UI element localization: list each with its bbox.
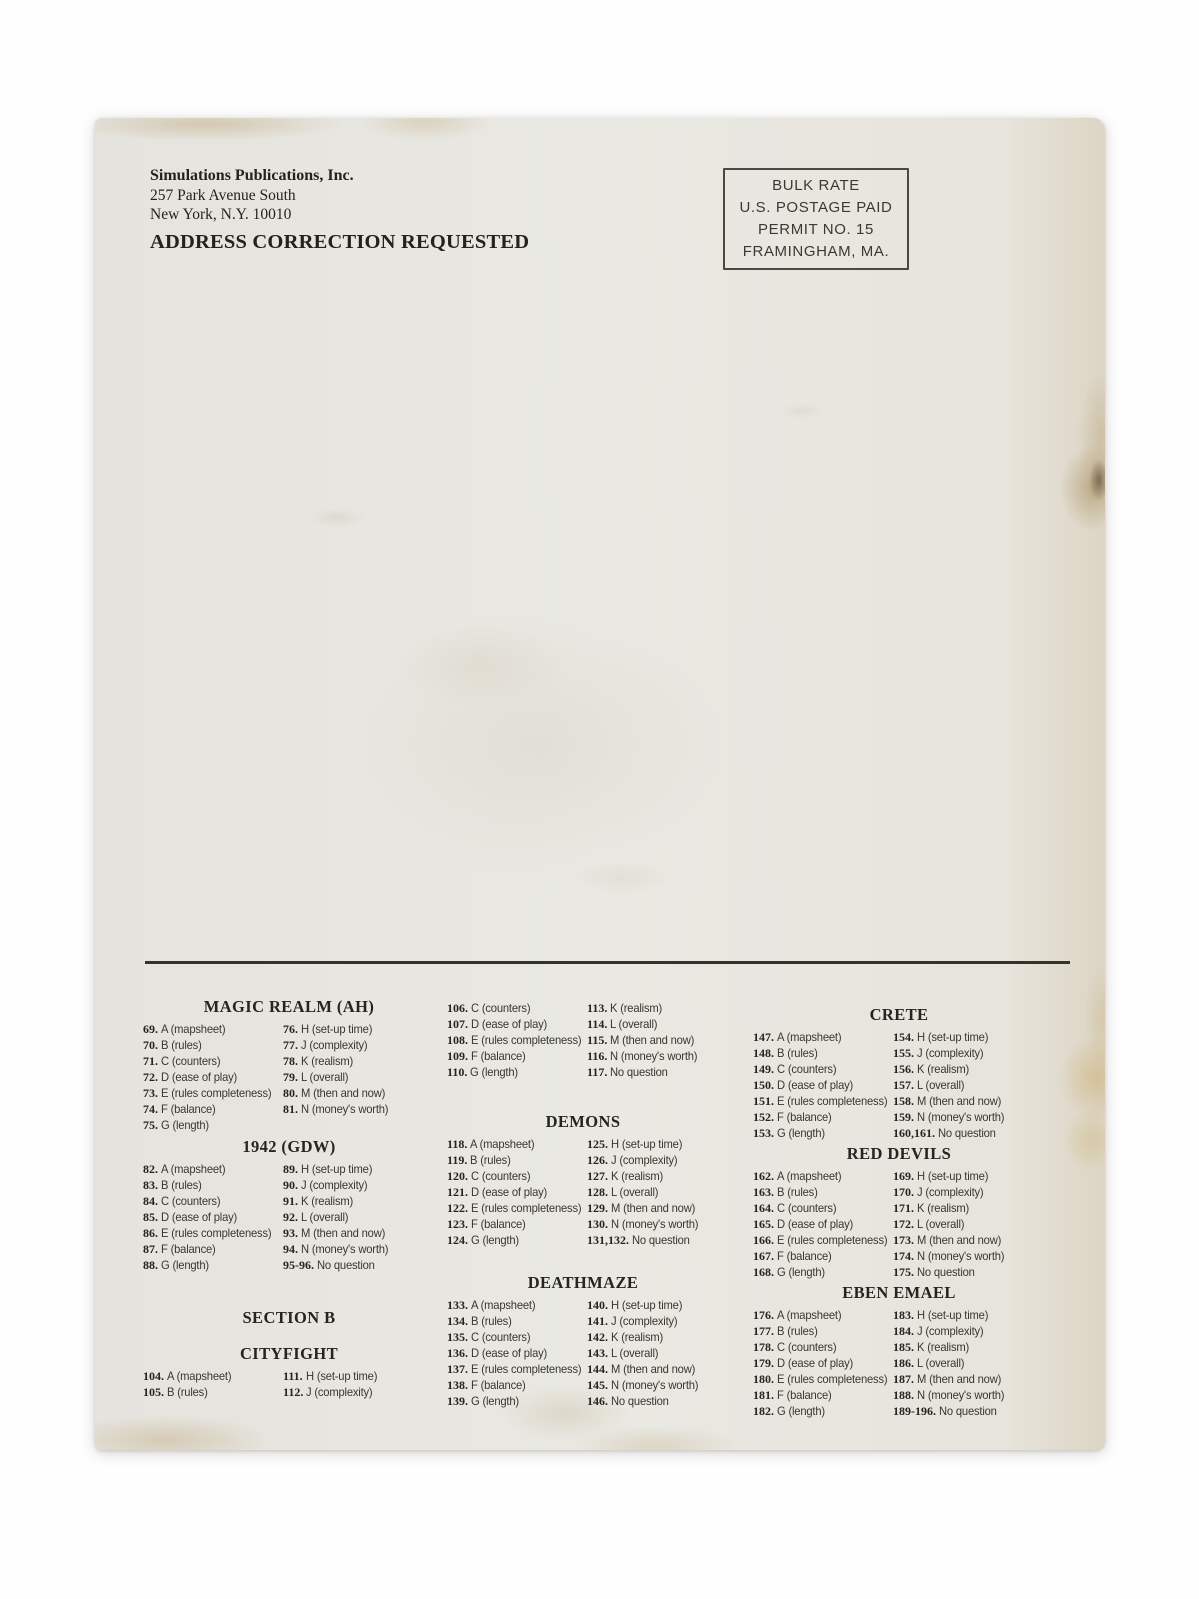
item-label: M (then and now) [301,1086,385,1101]
section-item-grid: 82.A (mapsheet)83.B (rules)84.C (counter… [143,1161,435,1273]
survey-item: 69.A (mapsheet) [143,1021,283,1037]
item-number: 130. [587,1217,608,1231]
survey-item: 139.G (length) [447,1393,587,1409]
survey-item: 175.No question [893,1264,1045,1280]
item-subcolumn-right: 169.H (set-up time)170.J (complexity)171… [893,1168,1045,1280]
item-number: 72. [143,1070,158,1084]
item-number: 134. [447,1314,468,1328]
item-label: L (overall) [610,1017,657,1032]
item-label: K (realism) [610,1001,662,1016]
survey-item: 158.M (then and now) [893,1093,1045,1109]
item-number: 109. [447,1049,468,1063]
item-number: 154. [893,1030,914,1044]
item-number: 187. [893,1372,914,1386]
item-subcolumn-left: 147.A (mapsheet)148.B (rules)149.C (coun… [753,1029,893,1141]
item-number: 81. [283,1102,298,1116]
item-label: M (then and now) [611,1362,695,1377]
item-label: K (realism) [611,1169,663,1184]
survey-item: 179.D (ease of play) [753,1355,893,1371]
item-number: 123. [447,1217,468,1231]
survey-item: 110.G (length) [447,1064,587,1080]
survey-item: 107.D (ease of play) [447,1016,587,1032]
item-label: No question [632,1233,690,1248]
item-number: 111. [283,1369,303,1383]
item-number: 84. [143,1194,158,1208]
item-label: E (rules completeness) [471,1033,581,1048]
item-subcolumn-left: 133.A (mapsheet)134.B (rules)135.C (coun… [447,1297,587,1409]
item-label: G (length) [777,1265,825,1280]
survey-item: 148.B (rules) [753,1045,893,1061]
survey-item: 183.H (set-up time) [893,1307,1045,1323]
survey-item: 157.L (overall) [893,1077,1045,1093]
survey-column-middle: 106.C (counters)107.D (ease of play)108.… [447,1000,719,1409]
survey-item: 167.F (balance) [753,1248,893,1264]
survey-section: DEMONS118.A (mapsheet)119.B (rules)120.C… [447,1112,719,1248]
item-label: M (then and now) [917,1233,1001,1248]
item-label: No question [917,1265,975,1280]
section-title: SECTION B [143,1308,435,1328]
section-item-grid: 69.A (mapsheet)70.B (rules)71.C (counter… [143,1021,435,1133]
item-label: G (length) [161,1118,209,1133]
item-number: 83. [143,1178,158,1192]
item-number: 117. [587,1065,607,1079]
item-number: 133. [447,1298,468,1312]
item-number: 162. [753,1169,774,1183]
item-number: 155. [893,1046,914,1060]
item-number: 184. [893,1324,914,1338]
survey-item: 111.H (set-up time) [283,1368,435,1384]
item-number: 78. [283,1054,298,1068]
survey-item: 135.C (counters) [447,1329,587,1345]
item-number: 179. [753,1356,774,1370]
survey-item: 152.F (balance) [753,1109,893,1125]
survey-item: 146.No question [587,1393,719,1409]
item-label: B (rules) [777,1046,818,1061]
item-number: 167. [753,1249,774,1263]
item-label: G (length) [161,1258,209,1273]
survey-item: 156.K (realism) [893,1061,1045,1077]
item-label: C (counters) [471,1330,530,1345]
item-label: G (length) [470,1065,518,1080]
item-label: N (money's worth) [301,1102,388,1117]
item-label: C (counters) [777,1340,836,1355]
item-number: 88. [143,1258,158,1272]
item-number: 95-96. [283,1258,314,1272]
magazine-back-cover-page: Simulations Publications, Inc. 257 Park … [95,118,1105,1450]
survey-item: 177.B (rules) [753,1323,893,1339]
item-label: H (set-up time) [301,1022,372,1037]
sender-address-block: Simulations Publications, Inc. 257 Park … [150,166,529,254]
item-subcolumn-right: 183.H (set-up time)184.J (complexity)185… [893,1307,1045,1419]
item-number: 126. [587,1153,608,1167]
survey-item: 169.H (set-up time) [893,1168,1045,1184]
section-title: MAGIC REALM (AH) [143,997,435,1017]
survey-item: 72.D (ease of play) [143,1069,283,1085]
sender-street: 257 Park Avenue South [150,186,529,205]
item-label: N (money's worth) [301,1242,388,1257]
item-label: E (rules completeness) [777,1372,887,1387]
item-number: 137. [447,1362,468,1376]
item-number: 128. [587,1185,608,1199]
item-label: M (then and now) [917,1094,1001,1109]
survey-item: 95-96.No question [283,1257,435,1273]
item-number: 115. [587,1033,607,1047]
survey-item: 115.M (then and now) [587,1032,719,1048]
item-number: 136. [447,1346,468,1360]
survey-item: 85.D (ease of play) [143,1209,283,1225]
survey-item: 116.N (money's worth) [587,1048,719,1064]
section-divider-rule [145,961,1070,964]
survey-item: 76.H (set-up time) [283,1021,435,1037]
item-label: N (money's worth) [917,1388,1004,1403]
item-label: J (complexity) [611,1153,677,1168]
item-number: 163. [753,1185,774,1199]
survey-item: 172.L (overall) [893,1216,1045,1232]
item-label: D (ease of play) [161,1070,237,1085]
section-item-grid: 147.A (mapsheet)148.B (rules)149.C (coun… [753,1029,1045,1141]
item-label: J (complexity) [611,1314,677,1329]
item-number: 171. [893,1201,914,1215]
survey-section: 1942 (GDW)82.A (mapsheet)83.B (rules)84.… [143,1137,435,1273]
survey-item: 93.M (then and now) [283,1225,435,1241]
item-number: 188. [893,1388,914,1402]
survey-item: 120.C (counters) [447,1168,587,1184]
item-label: N (money's worth) [611,1378,698,1393]
postage-line: PERMIT NO. 15 [758,219,874,241]
item-subcolumn-right: 140.H (set-up time)141.J (complexity)142… [587,1297,719,1409]
survey-item: 189-196.No question [893,1403,1045,1419]
item-number: 143. [587,1346,608,1360]
item-label: A (mapsheet) [777,1308,841,1323]
item-label: H (set-up time) [306,1369,377,1384]
survey-item: 147.A (mapsheet) [753,1029,893,1045]
item-label: H (set-up time) [917,1030,988,1045]
survey-column-right: CRETE147.A (mapsheet)148.B (rules)149.C … [753,1005,1045,1419]
item-number: 164. [753,1201,774,1215]
survey-item: 159.N (money's worth) [893,1109,1045,1125]
item-number: 70. [143,1038,158,1052]
item-number: 180. [753,1372,774,1386]
item-number: 86. [143,1226,158,1240]
item-number: 147. [753,1030,774,1044]
item-number: 135. [447,1330,468,1344]
survey-item: 129.M (then and now) [587,1200,719,1216]
item-number: 189-196. [893,1404,936,1418]
survey-item: 75.G (length) [143,1117,283,1133]
item-number: 93. [283,1226,298,1240]
section-item-grid: 162.A (mapsheet)163.B (rules)164.C (coun… [753,1168,1045,1280]
item-number: 159. [893,1110,914,1124]
item-label: L (overall) [611,1346,658,1361]
item-label: K (realism) [917,1201,969,1216]
item-number: 148. [753,1046,774,1060]
item-number: 177. [753,1324,774,1338]
item-label: B (rules) [777,1185,818,1200]
item-subcolumn-left: 82.A (mapsheet)83.B (rules)84.C (counter… [143,1161,283,1273]
item-number: 122. [447,1201,468,1215]
item-number: 105. [143,1385,164,1399]
item-number: 129. [587,1201,608,1215]
survey-item: 126.J (complexity) [587,1152,719,1168]
survey-item: 125.H (set-up time) [587,1136,719,1152]
item-subcolumn-right: 125.H (set-up time)126.J (complexity)127… [587,1136,719,1248]
survey-item: 145.N (money's worth) [587,1377,719,1393]
item-label: N (money's worth) [610,1049,697,1064]
item-label: D (ease of play) [777,1078,853,1093]
item-label: H (set-up time) [917,1308,988,1323]
item-label: D (ease of play) [471,1346,547,1361]
item-number: 178. [753,1340,774,1354]
item-label: F (balance) [777,1249,832,1264]
item-label: A (mapsheet) [777,1030,841,1045]
survey-item: 144.M (then and now) [587,1361,719,1377]
survey-section: SECTION B [143,1308,435,1328]
item-label: C (counters) [161,1194,220,1209]
survey-item: 184.J (complexity) [893,1323,1045,1339]
survey-item: 71.C (counters) [143,1053,283,1069]
postage-line: U.S. POSTAGE PAID [739,197,892,219]
item-label: M (then and now) [301,1226,385,1241]
item-label: F (balance) [471,1217,526,1232]
item-label: E (rules completeness) [471,1201,581,1216]
survey-item: 188.N (money's worth) [893,1387,1045,1403]
item-subcolumn-left: 118.A (mapsheet)119.B (rules)120.C (coun… [447,1136,587,1248]
item-label: B (rules) [470,1153,511,1168]
survey-item: 78.K (realism) [283,1053,435,1069]
survey-section: CRETE147.A (mapsheet)148.B (rules)149.C … [753,1005,1045,1141]
item-label: E (rules completeness) [777,1233,887,1248]
item-label: A (mapsheet) [161,1022,225,1037]
section-title: DEMONS [447,1112,719,1132]
section-item-grid: 176.A (mapsheet)177.B (rules)178.C (coun… [753,1307,1045,1419]
item-subcolumn-right: 113.K (realism)114.L (overall)115.M (the… [587,1000,719,1080]
survey-item: 88.G (length) [143,1257,283,1273]
item-label: D (ease of play) [471,1017,547,1032]
survey-item: 122.E (rules completeness) [447,1200,587,1216]
item-label: J (complexity) [301,1038,367,1053]
survey-item: 87.F (balance) [143,1241,283,1257]
item-label: K (realism) [917,1062,969,1077]
item-label: C (counters) [471,1169,530,1184]
item-label: No question [938,1126,996,1141]
item-number: 69. [143,1022,158,1036]
item-subcolumn-left: 69.A (mapsheet)70.B (rules)71.C (counter… [143,1021,283,1133]
item-number: 152. [753,1110,774,1124]
survey-item: 187.M (then and now) [893,1371,1045,1387]
item-number: 183. [893,1308,914,1322]
survey-item: 127.K (realism) [587,1168,719,1184]
item-label: C (counters) [161,1054,220,1069]
item-number: 87. [143,1242,158,1256]
item-number: 76. [283,1022,298,1036]
item-label: L (overall) [917,1356,964,1371]
item-number: 79. [283,1070,298,1084]
item-label: L (overall) [917,1217,964,1232]
item-number: 107. [447,1017,468,1031]
item-number: 74. [143,1102,158,1116]
address-correction-notice: ADDRESS CORRECTION REQUESTED [150,231,529,254]
survey-item: 108.E (rules completeness) [447,1032,587,1048]
item-label: G (length) [471,1233,519,1248]
item-label: M (then and now) [611,1201,695,1216]
item-label: F (balance) [777,1388,832,1403]
survey-item: 170.J (complexity) [893,1184,1045,1200]
item-label: B (rules) [167,1385,208,1400]
survey-item: 83.B (rules) [143,1177,283,1193]
survey-item: 104.A (mapsheet) [143,1368,283,1384]
item-number: 165. [753,1217,774,1231]
survey-item: 89.H (set-up time) [283,1161,435,1177]
item-subcolumn-right: 154.H (set-up time)155.J (complexity)156… [893,1029,1045,1141]
item-number: 160,161. [893,1126,935,1140]
item-label: C (counters) [777,1062,836,1077]
item-number: 146. [587,1394,608,1408]
survey-item: 154.H (set-up time) [893,1029,1045,1045]
item-label: D (ease of play) [777,1356,853,1371]
item-number: 114. [587,1017,607,1031]
survey-item: 173.M (then and now) [893,1232,1045,1248]
item-label: No question [610,1065,668,1080]
survey-item: 164.C (counters) [753,1200,893,1216]
survey-item: 181.F (balance) [753,1387,893,1403]
survey-item: 149.C (counters) [753,1061,893,1077]
item-subcolumn-left: 106.C (counters)107.D (ease of play)108.… [447,1000,587,1080]
item-label: A (mapsheet) [777,1169,841,1184]
item-label: F (balance) [471,1049,526,1064]
item-label: L (overall) [611,1185,658,1200]
survey-item: 91.K (realism) [283,1193,435,1209]
item-number: 153. [753,1126,774,1140]
item-number: 110. [447,1065,467,1079]
item-label: K (realism) [917,1340,969,1355]
item-label: H (set-up time) [917,1169,988,1184]
survey-item: 130.N (money's worth) [587,1216,719,1232]
survey-item: 165.D (ease of play) [753,1216,893,1232]
item-label: N (money's worth) [917,1110,1004,1125]
section-title: EBEN EMAEL [753,1283,1045,1303]
item-number: 112. [283,1385,303,1399]
item-label: E (rules completeness) [161,1226,271,1241]
section-title: RED DEVILS [753,1144,1045,1164]
item-number: 176. [753,1308,774,1322]
item-label: J (complexity) [917,1324,983,1339]
survey-item: 134.B (rules) [447,1313,587,1329]
item-label: B (rules) [471,1314,512,1329]
survey-item: 77.J (complexity) [283,1037,435,1053]
survey-item: 92.L (overall) [283,1209,435,1225]
survey-item: 131,132.No question [587,1232,719,1248]
item-number: 119. [447,1153,467,1167]
survey-item: 117.No question [587,1064,719,1080]
survey-item: 141.J (complexity) [587,1313,719,1329]
item-subcolumn-right: 111.H (set-up time)112.J (complexity) [283,1368,435,1400]
survey-item: 166.E (rules completeness) [753,1232,893,1248]
sender-name: Simulations Publications, Inc. [150,166,529,186]
item-number: 71. [143,1054,158,1068]
item-label: J (complexity) [306,1385,372,1400]
survey-item: 176.A (mapsheet) [753,1307,893,1323]
item-label: N (money's worth) [917,1249,1004,1264]
survey-item: 180.E (rules completeness) [753,1371,893,1387]
item-label: N (money's worth) [611,1217,698,1232]
item-label: H (set-up time) [611,1298,682,1313]
item-number: 89. [283,1162,298,1176]
survey-item: 155.J (complexity) [893,1045,1045,1061]
item-label: B (rules) [161,1178,202,1193]
sender-city-state-zip: New York, N.Y. 10010 [150,205,529,224]
survey-section: MAGIC REALM (AH)69.A (mapsheet)70.B (rul… [143,997,435,1133]
item-number: 157. [893,1078,914,1092]
item-subcolumn-right: 89.H (set-up time)90.J (complexity)91.K … [283,1161,435,1273]
item-number: 168. [753,1265,774,1279]
postage-line: FRAMINGHAM, MA. [743,241,890,263]
item-number: 145. [587,1378,608,1392]
item-number: 182. [753,1404,774,1418]
item-number: 158. [893,1094,914,1108]
item-number: 90. [283,1178,298,1192]
survey-item: 138.F (balance) [447,1377,587,1393]
survey-item: 84.C (counters) [143,1193,283,1209]
survey-item: 150.D (ease of play) [753,1077,893,1093]
section-title: DEATHMAZE [447,1273,719,1293]
item-label: J (complexity) [301,1178,367,1193]
survey-item: 160,161.No question [893,1125,1045,1141]
survey-item: 94.N (money's worth) [283,1241,435,1257]
survey-item: 186.L (overall) [893,1355,1045,1371]
item-number: 92. [283,1210,298,1224]
survey-item: 86.E (rules completeness) [143,1225,283,1241]
survey-item: 153.G (length) [753,1125,893,1141]
item-label: F (balance) [471,1378,526,1393]
survey-item: 171.K (realism) [893,1200,1045,1216]
item-label: No question [317,1258,375,1273]
survey-item: 174.N (money's worth) [893,1248,1045,1264]
survey-item: 113.K (realism) [587,1000,719,1016]
item-number: 125. [587,1137,608,1151]
item-subcolumn-left: 104.A (mapsheet)105.B (rules) [143,1368,283,1400]
item-label: A (mapsheet) [161,1162,225,1177]
item-number: 118. [447,1137,467,1151]
item-number: 149. [753,1062,774,1076]
item-label: D (ease of play) [471,1185,547,1200]
item-number: 150. [753,1078,774,1092]
item-number: 121. [447,1185,468,1199]
survey-item: 163.B (rules) [753,1184,893,1200]
item-label: H (set-up time) [611,1137,682,1152]
survey-item: 168.G (length) [753,1264,893,1280]
item-label: K (realism) [301,1194,353,1209]
survey-item: 80.M (then and now) [283,1085,435,1101]
item-number: 175. [893,1265,914,1279]
survey-item: 82.A (mapsheet) [143,1161,283,1177]
survey-item: 121.D (ease of play) [447,1184,587,1200]
item-label: L (overall) [301,1070,348,1085]
survey-column-left: MAGIC REALM (AH)69.A (mapsheet)70.B (rul… [143,997,435,1400]
item-number: 124. [447,1233,468,1247]
item-number: 156. [893,1062,914,1076]
item-number: 131,132. [587,1233,629,1247]
item-label: A (mapsheet) [167,1369,231,1384]
survey-item: 105.B (rules) [143,1384,283,1400]
item-number: 181. [753,1388,774,1402]
survey-item: 143.L (overall) [587,1345,719,1361]
survey-item: 119.B (rules) [447,1152,587,1168]
item-number: 151. [753,1094,774,1108]
survey-item: 74.F (balance) [143,1101,283,1117]
survey-item: 90.J (complexity) [283,1177,435,1193]
item-label: C (counters) [777,1201,836,1216]
survey-item: 178.C (counters) [753,1339,893,1355]
